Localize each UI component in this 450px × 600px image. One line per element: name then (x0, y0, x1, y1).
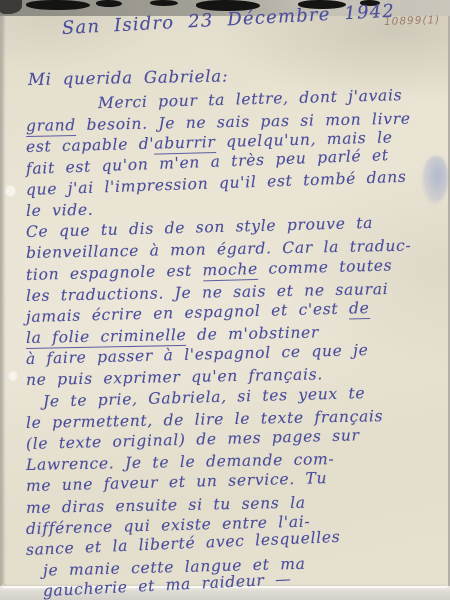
paper-damage-spot (6, 186, 15, 196)
salutation: Mi querida Gabriela: (28, 67, 229, 89)
line-text: est capable d' (26, 135, 155, 156)
torn-edge-fragment (0, 0, 22, 14)
torn-edge-fragment (150, 0, 178, 6)
underlined-word: de (349, 299, 370, 320)
underlined-word: moche (202, 259, 258, 280)
line-text: comme toutes (258, 256, 393, 278)
line-text: tion espagnole est (26, 261, 203, 284)
letter-lines: Merci pour ta lettre, dont j'avaisgrand … (26, 95, 444, 600)
torn-edge-fragment (96, 0, 122, 7)
paper-damage-spot (9, 372, 17, 380)
letter-scan: 10899(1) San Isidro 23 Décembre 1942 Mi … (0, 0, 450, 600)
line-text: — (264, 570, 292, 589)
line-text: le vide. (26, 201, 94, 220)
torn-edge-fragment (26, 0, 90, 10)
underlined-word: grand (26, 116, 76, 137)
